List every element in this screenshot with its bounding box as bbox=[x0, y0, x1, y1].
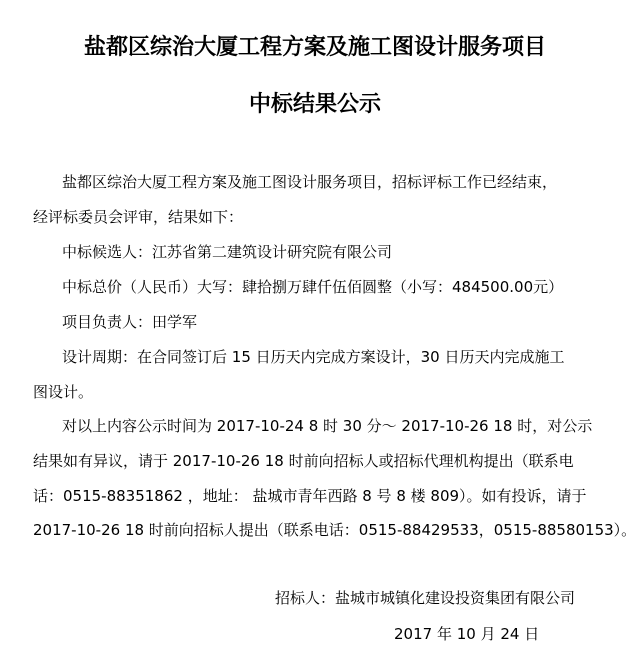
notice-paragraph-line-1: 对以上内容公示时间为 2017-10-24 8 时 30 分～ 2017-10-… bbox=[62, 415, 592, 436]
signature-date: 2017 年 10 月 24 日 bbox=[394, 623, 539, 644]
notice-paragraph-line-3: 话：0515-88351862 ，地址： 盐城市青年西路 8 号 8 楼 809… bbox=[33, 485, 587, 506]
document-subtitle: 中标结果公示 bbox=[0, 87, 630, 118]
winning-price: 中标总价（人民币）大写：肆拾捌万肆仟伍佰圆整（小写：484500.00元） bbox=[62, 276, 563, 297]
intro-paragraph-line-1: 盐都区综治大厦工程方案及施工图设计服务项目，招标评标工作已经结束， bbox=[62, 171, 557, 192]
tenderer-signature: 招标人：盐城市城镇化建设投资集团有限公司 bbox=[275, 587, 575, 608]
project-manager: 项目负责人：田学军 bbox=[62, 311, 197, 332]
document-title: 盐都区综治大厦工程方案及施工图设计服务项目 bbox=[0, 30, 630, 61]
winning-candidate: 中标候选人：江苏省第二建筑设计研究院有限公司 bbox=[62, 241, 392, 262]
notice-paragraph-line-2: 结果如有异议，请于 2017-10-26 18 时前向招标人或招标代理机构提出（… bbox=[33, 450, 574, 471]
design-period-line-2: 图设计。 bbox=[33, 381, 93, 402]
notice-paragraph-line-4: 2017-10-26 18 时前向招标人提出（联系电话：0515-8842953… bbox=[33, 519, 630, 540]
intro-paragraph-line-2: 经评标委员会评审，结果如下： bbox=[33, 206, 243, 227]
design-period-line-1: 设计周期：在合同签订后 15 日历天内完成方案设计，30 日历天内完成施工 bbox=[62, 346, 564, 367]
